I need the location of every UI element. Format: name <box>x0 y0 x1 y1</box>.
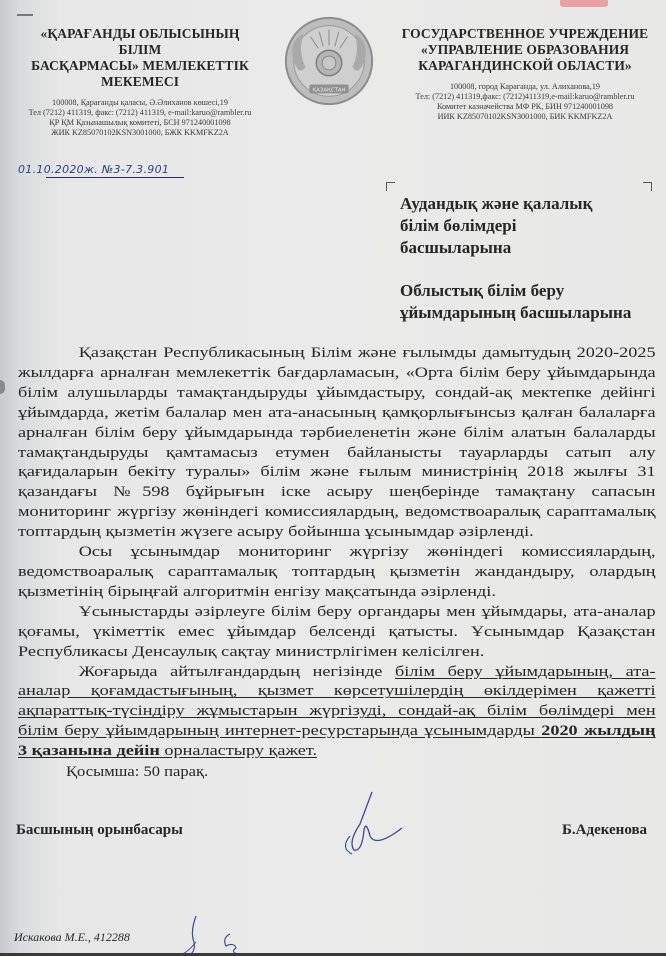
recipient-corner-mark <box>643 182 652 191</box>
org-name-kazakh: «ҚАРАҒАНДЫ ОБЛЫСЫНЫҢ БІЛІМ БАСҚАРМАСЫ» М… <box>20 26 260 90</box>
outgoing-number-handwritten: 01.10.2020ж. №3-7.3.901 <box>18 163 169 176</box>
kazakhstan-emblem-icon: ҚАЗАҚСТАН <box>280 12 378 110</box>
recipient-line: ұйымдарының басшыларына <box>400 302 660 324</box>
red-sticky-tab <box>560 0 608 7</box>
address-line: ЖИК KZ85070102KSN3001000, БЖК KKMFKZ2A <box>20 128 260 138</box>
handwritten-signature-icon <box>330 790 410 860</box>
recipient-line: білім бөлімдері <box>400 215 660 237</box>
org-name-line: БАСҚАРМАСЫ» МЕМЛЕКЕТТІК <box>20 58 260 74</box>
recipient-line: басшыларына <box>400 237 660 259</box>
paragraph-2: Осы ұсынымдар мониторинг жүргізу жөнінде… <box>18 543 656 603</box>
p4-underlined-end: орналастыру қажет. <box>160 743 317 759</box>
signatory-position: Басшының орынбасары <box>16 822 183 839</box>
org-name-russian: ГОСУДАРСТВЕННОЕ УЧРЕЖДЕНИЕ «УПРАВЛЕНИЕ О… <box>395 26 655 74</box>
scan-mark <box>17 14 33 16</box>
recipient-line: Облыстық білім беру <box>400 280 660 302</box>
letter-page: «ҚАРАҒАНДЫ ОБЛЫСЫНЫҢ БІЛІМ БАСҚАРМАСЫ» М… <box>0 0 666 956</box>
address-line: ҚР ҚМ Қазынашылық комитеті, БСН 97124000… <box>20 118 260 128</box>
executor-contact: Искакова М.Е., 412288 <box>14 930 130 945</box>
p4-plain-text: Жоғарыда айтылғандардың негізінде <box>79 664 395 680</box>
recipient-line: Аудандық және қалалық <box>400 193 660 215</box>
paragraph-4: Жоғарыда айтылғандардың негізінде білім … <box>18 663 656 763</box>
emblem-label: ҚАЗАҚСТАН <box>312 87 345 93</box>
signatory-name: Б.Адекенова <box>562 822 647 839</box>
punch-hole <box>0 380 5 394</box>
address-line: 100008, Қарағанды қаласы, Ә.Әлиханов көш… <box>20 98 260 108</box>
address-line: 100008, город Караганда, ул. Алиханова,1… <box>395 82 655 92</box>
paragraph-1: Қазақстан Республикасының Білім және ғыл… <box>18 344 656 543</box>
outgoing-number-underline <box>46 177 184 178</box>
initials-signature-icon <box>160 912 250 956</box>
org-name-line: «ҚАРАҒАНДЫ ОБЛЫСЫНЫҢ БІЛІМ <box>20 26 260 58</box>
org-name-line: ГОСУДАРСТВЕННОЕ УЧРЕЖДЕНИЕ <box>395 26 655 42</box>
letter-body: Қазақстан Республикасының Білім және ғыл… <box>18 344 656 762</box>
address-line: Тел (7212) 411319, факс: (7212) 411319, … <box>20 108 260 118</box>
address-line: ИИК KZ85070102KSN3001000, БИК KKMFKZ2A <box>395 112 655 122</box>
recipients-block: Аудандық және қалалық білім бөлімдері ба… <box>400 193 660 324</box>
org-address-kazakh: 100008, Қарағанды қаласы, Ә.Әлиханов көш… <box>20 98 260 138</box>
header-org-kazakh: «ҚАРАҒАНДЫ ОБЛЫСЫНЫҢ БІЛІМ БАСҚАРМАСЫ» М… <box>20 26 260 138</box>
org-name-line: КАРАГАНДИНСКОЙ ОБЛАСТИ» <box>395 58 655 74</box>
org-name-line: «УПРАВЛЕНИЕ ОБРАЗОВАНИЯ <box>395 42 655 58</box>
paragraph-3: Ұсыныстарды әзірлеуге білім беру органда… <box>18 603 656 663</box>
org-name-line: МЕКЕМЕСІ <box>20 74 260 90</box>
address-line: Комитет казначейства МФ РК, БИН 97124000… <box>395 102 655 112</box>
address-line: Тел: (7212) 411319,факс: (7212)411319,e-… <box>395 92 655 102</box>
org-address-russian: 100008, город Караганда, ул. Алиханова,1… <box>395 82 655 122</box>
header-org-russian: ГОСУДАРСТВЕННОЕ УЧРЕЖДЕНИЕ «УПРАВЛЕНИЕ О… <box>395 26 655 122</box>
attachment-note: Қосымша: 50 парақ. <box>66 764 208 781</box>
recipient-corner-mark <box>386 182 395 191</box>
